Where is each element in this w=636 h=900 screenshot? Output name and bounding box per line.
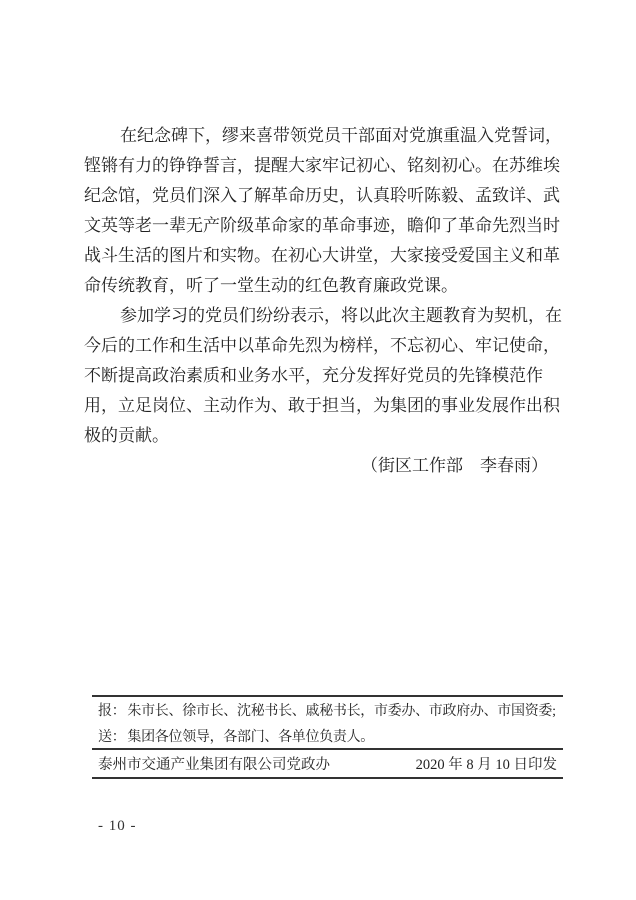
body-line: 极的贡献。: [84, 421, 560, 451]
page-number: - 10 -: [98, 816, 137, 836]
body-line: 铿锵有力的铮铮誓言，提醒大家牢记初心、铭刻初心。在苏维埃: [84, 151, 560, 181]
body-line: 在纪念碑下，缪来喜带领党员干部面对党旗重温入党誓词，: [84, 121, 560, 151]
print-date: 2020 年 8 月 10 日印发: [416, 755, 557, 775]
report-recipients: 朱市长、徐市长、沈秘书长、戚秘书长，市委办、市政府办、市国资委;: [127, 704, 555, 719]
divider-middle: [92, 748, 563, 750]
send-label: 送：: [98, 730, 125, 745]
body-line: 战斗生活的图片和实物。在初心大讲堂，大家接受爱国主义和革: [84, 241, 560, 271]
body-line: 命传统教育，听了一堂生动的红色教育廉政党课。: [84, 271, 560, 301]
report-label: 报：: [98, 704, 125, 719]
body-line: 纪念馆，党员们深入了解革命历史，认真聆听陈毅、孟致详、武: [84, 181, 560, 211]
body-line: 不断提高政治素质和业务水平，充分发挥好党员的先锋模范作: [84, 361, 560, 391]
document-body: 在纪念碑下，缪来喜带领党员干部面对党旗重温入党誓词，铿锵有力的铮铮誓言，提醒大家…: [84, 121, 560, 481]
send-recipients: 集团各位领导，各部门、各单位负责人。: [127, 730, 374, 745]
paragraph-1: 在纪念碑下，缪来喜带领党员干部面对党旗重温入党誓词，铿锵有力的铮铮誓言，提醒大家…: [84, 121, 560, 301]
body-line: 用，立足岗位、主动作为、敢于担当，为集团的事业发展作出积: [84, 391, 560, 421]
body-line: 今后的工作和生活中以革命先烈为榜样，不忘初心、牢记使命，: [84, 331, 560, 361]
body-line: 参加学习的党员们纷纷表示，将以此次主题教育为契机，在: [84, 301, 560, 331]
issuer: 泰州市交通产业集团有限公司党政办: [98, 755, 330, 775]
document-page: 在纪念碑下，缪来喜带领党员干部面对党旗重温入党誓词，铿锵有力的铮铮誓言，提醒大家…: [0, 0, 636, 900]
report-line: 报：朱市长、徐市长、沈秘书长、戚秘书长，市委办、市政府办、市国资委;: [98, 702, 560, 722]
divider-top: [92, 695, 563, 697]
send-line: 送：集团各位领导，各部门、各单位负责人。: [98, 728, 560, 748]
divider-bottom: [92, 777, 563, 779]
body-line: 文英等老一辈无产阶级革命家的革命事迹，瞻仰了革命先烈当时: [84, 211, 560, 241]
paragraph-2: 参加学习的党员们纷纷表示，将以此次主题教育为契机，在今后的工作和生活中以革命先烈…: [84, 301, 560, 451]
issuer-line: 泰州市交通产业集团有限公司党政办 2020 年 8 月 10 日印发: [98, 755, 557, 775]
signature: （街区工作部 李春雨）: [84, 451, 560, 481]
